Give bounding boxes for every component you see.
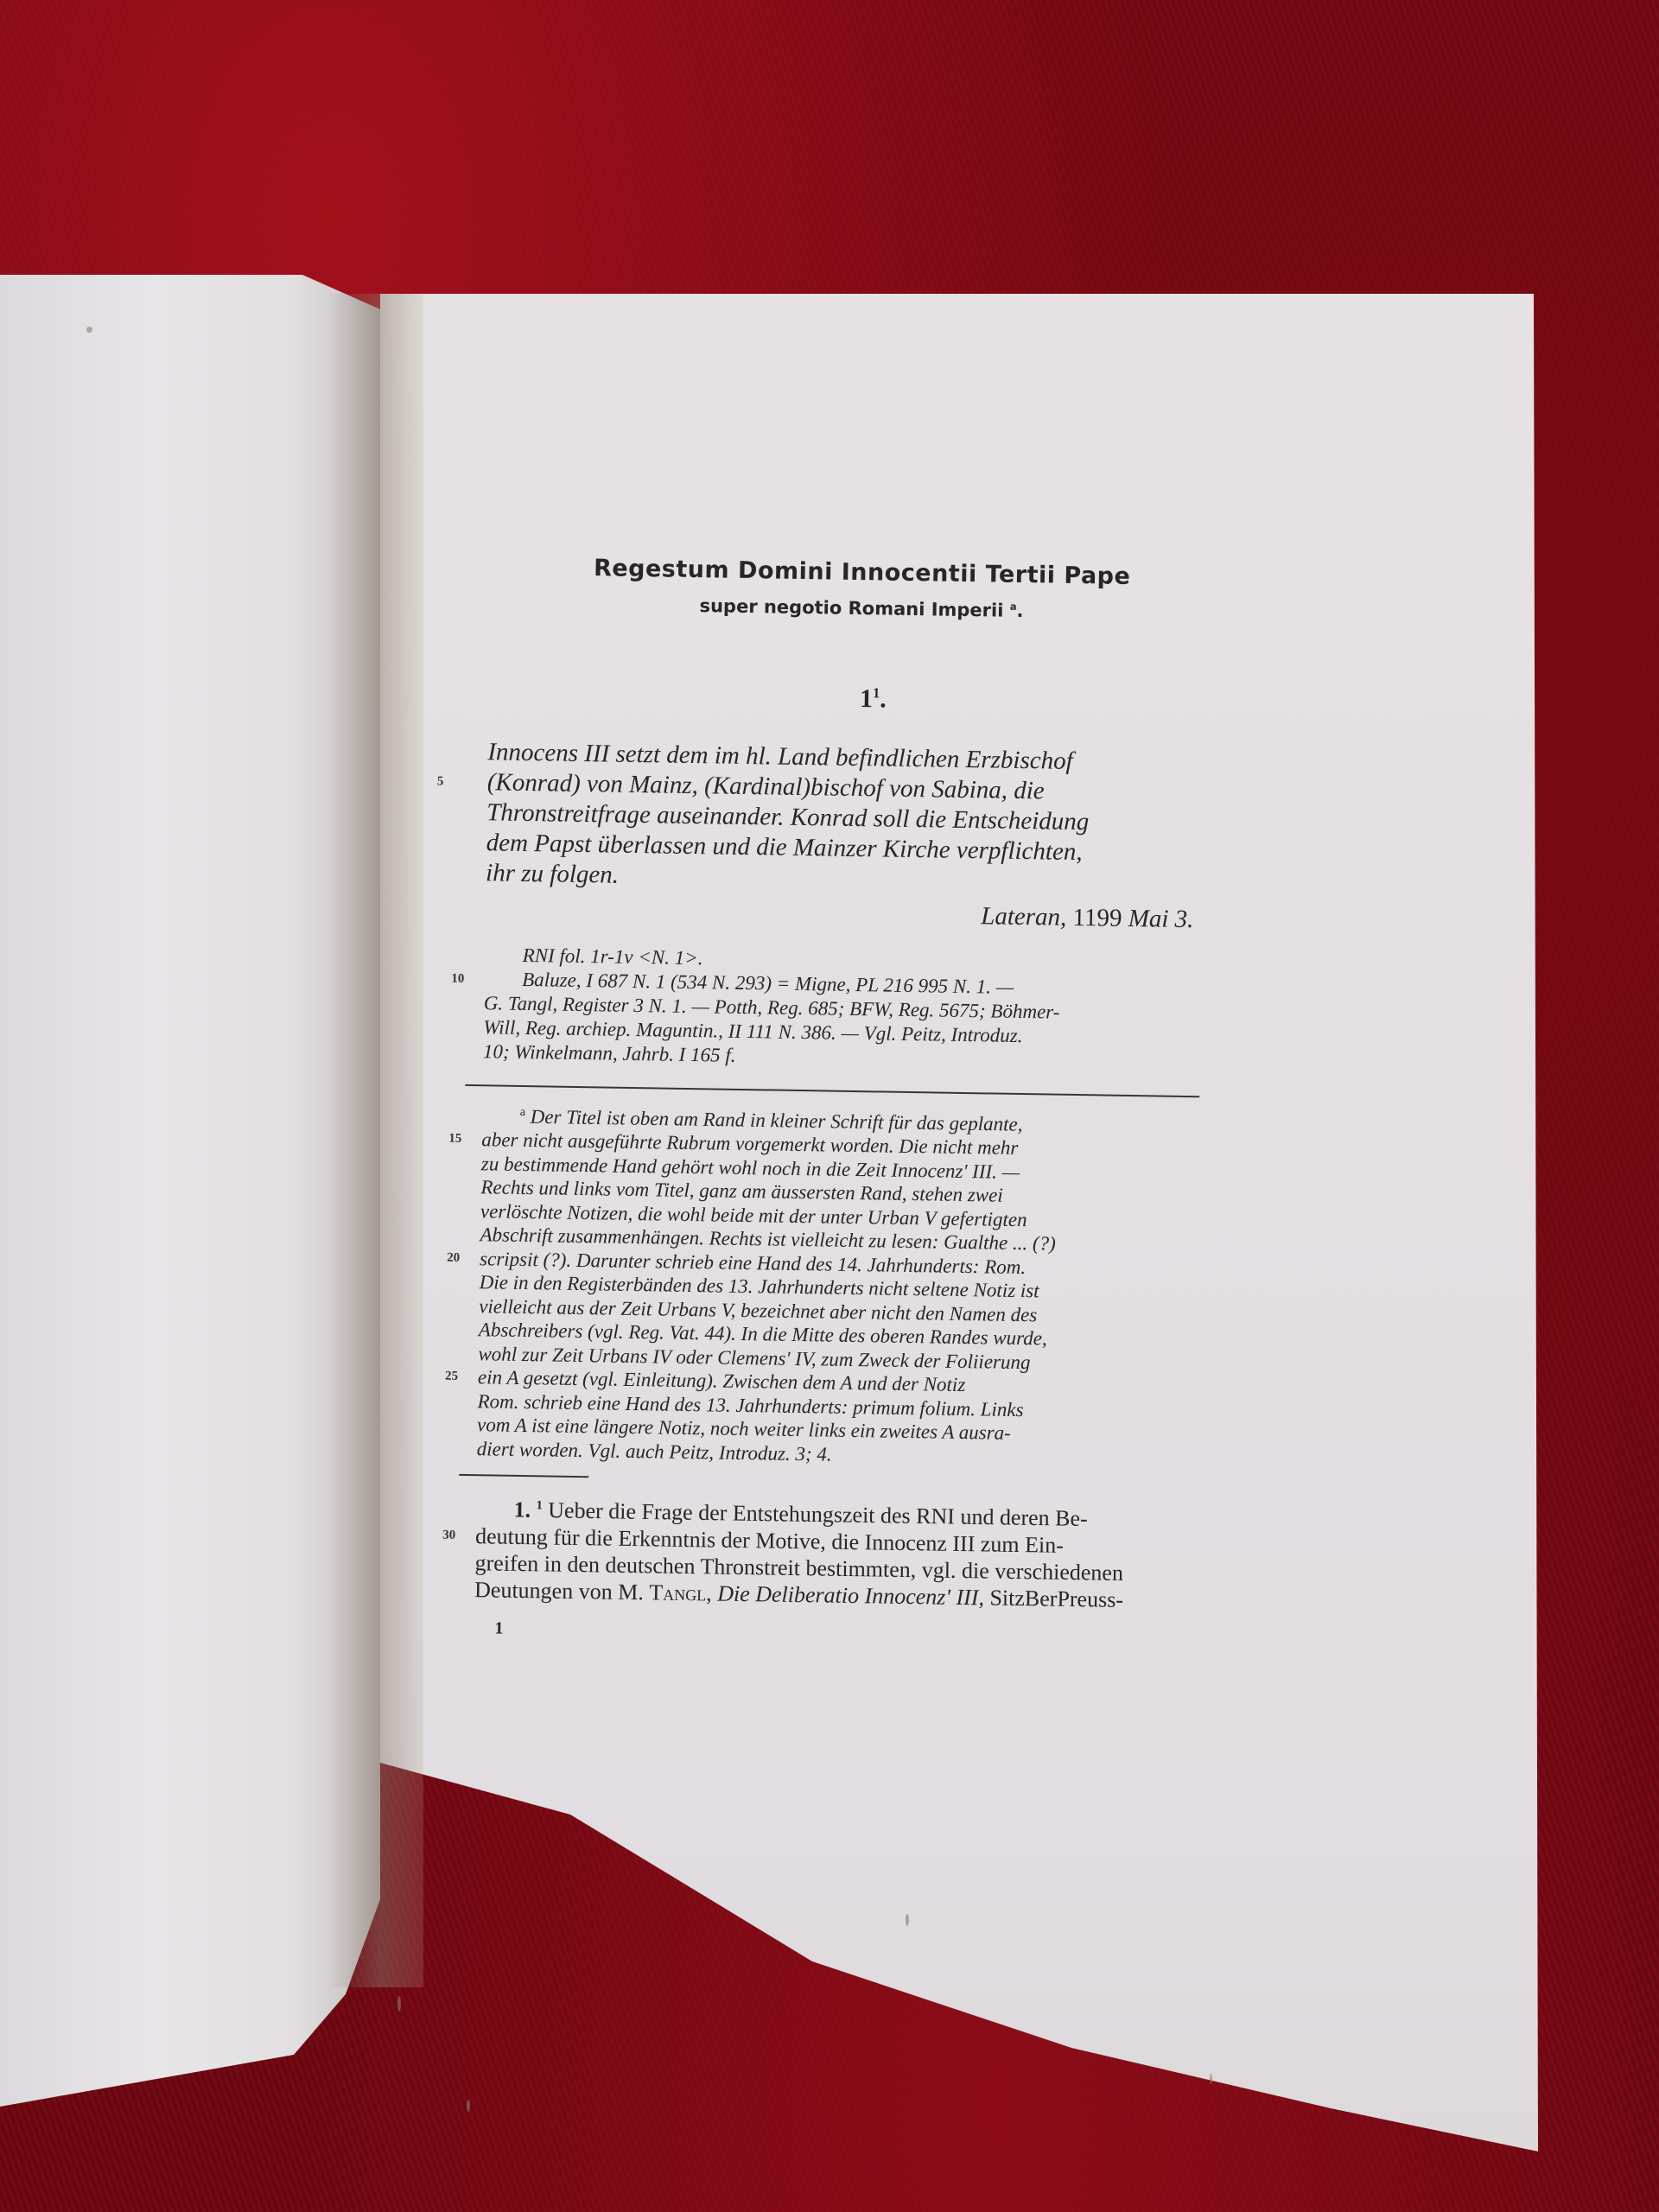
subtitle-text: super negotio Romani Imperii	[699, 595, 1003, 621]
line-number: 5	[437, 766, 444, 797]
footnote-separator-rule	[465, 1084, 1199, 1097]
footnote-mark: 1	[537, 1498, 543, 1512]
footnote-work-title: Die Deliberatio Innocenz' III,	[717, 1580, 984, 1610]
line-number: 20	[447, 1246, 460, 1270]
entry-number: 11.	[549, 679, 1197, 719]
paper-fleck	[86, 327, 92, 333]
footnote-reference: 1.	[513, 1497, 531, 1522]
page-subtitle: super negotio Romani Imperii a.	[524, 593, 1198, 624]
subtitle-end: .	[1016, 601, 1023, 621]
line-number: 15	[448, 1128, 461, 1152]
paper-fleck	[397, 1996, 401, 2012]
entry-note-mark: 1	[873, 684, 880, 701]
book-spine-shadow	[328, 294, 423, 1987]
textual-note: a Der Titel ist oben am Rand in kleiner …	[460, 1100, 1191, 1471]
title-block: Regestum Domini Innocentii Tertii Pape s…	[473, 553, 1199, 624]
footnote-short-rule	[459, 1474, 588, 1478]
paper-fleck	[1210, 2074, 1212, 2084]
sources-block: RNI fol. 1r-1v <N. 1>. 10Baluze, I 687 N…	[466, 943, 1193, 1075]
book-page-text: Regestum Domini Innocentii Tertii Pape s…	[456, 553, 1199, 1649]
paper-fleck	[906, 1914, 909, 1926]
left-page	[0, 275, 380, 2210]
regest-line-text: ihr zu folgen.	[486, 859, 619, 888]
line-number: 10	[451, 967, 464, 991]
entry-number-end: .	[880, 684, 887, 713]
line-number: 30	[442, 1522, 455, 1548]
paper-fleck	[467, 2100, 470, 2112]
dateline-place: Lateran,	[981, 902, 1067, 931]
note-mark: a	[520, 1106, 525, 1119]
footnote-line-end: SitzBerPreuss-	[989, 1585, 1123, 1611]
line-number: 25	[445, 1365, 458, 1389]
footnote-author: Tangl,	[649, 1580, 712, 1605]
dateline-day: Mai 3.	[1128, 905, 1193, 933]
dateline-year: 1199	[1072, 904, 1122, 932]
dateline: Lateran, 1199 Mai 3.	[485, 893, 1193, 935]
footnote-line-text: Deutungen von M.	[474, 1577, 644, 1605]
entry-number-value: 1	[860, 684, 874, 713]
historical-footnote: 1. 1 Ueber die Frage der Entstehungszeit…	[457, 1491, 1185, 1614]
regest-summary: Innocens III setzt dem im hl. Land befin…	[467, 737, 1196, 935]
